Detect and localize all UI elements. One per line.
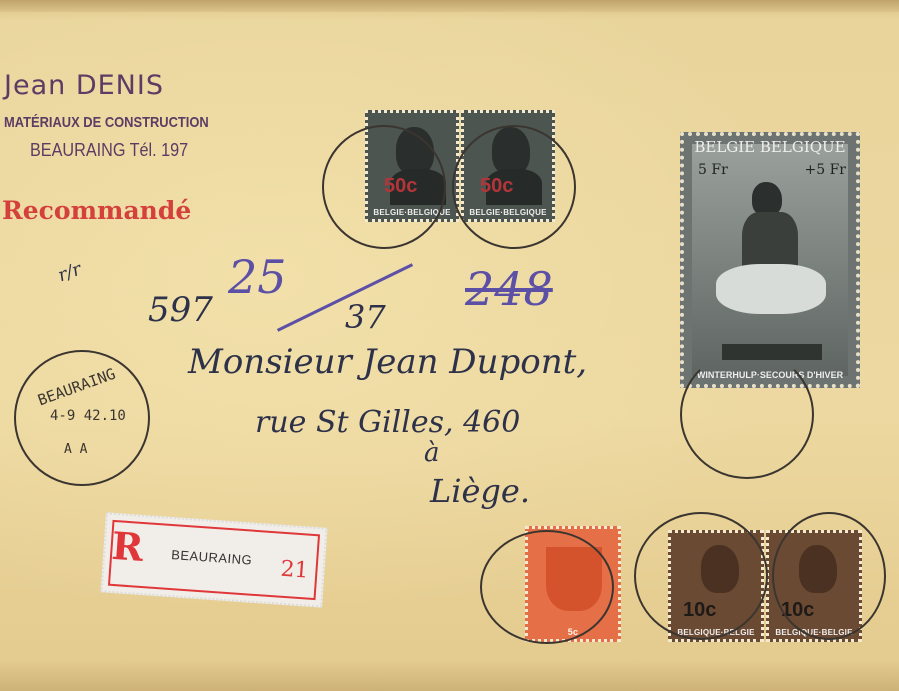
number-248-crossed: 248: [465, 262, 553, 316]
recommande-mark: Recommandé: [2, 196, 191, 225]
horse-icon: [716, 264, 826, 314]
number-25-violet: 25: [228, 250, 287, 304]
stamp-value-left: 5 Fr: [698, 162, 728, 178]
stamp-country: BELGIE BELGIQUE: [684, 138, 856, 156]
postmark-circle: [452, 125, 576, 249]
stamp-winterhulp: BELGIE BELGIQUE 5 Fr +5 Fr WINTERHULP·SE…: [680, 132, 860, 388]
postmark-circle: [480, 530, 614, 644]
address-line-2: rue St Gilles, 460: [255, 405, 520, 440]
postmark-circle: [634, 512, 768, 640]
postmark-circle: [322, 125, 446, 249]
number-597: 597: [148, 290, 213, 330]
number-37: 37: [345, 298, 386, 336]
postmark-circle: [772, 512, 886, 640]
postmark-circle: [680, 350, 814, 479]
envelope-bottom-edge: [0, 660, 899, 691]
sender-name: Jean DENIS: [4, 70, 164, 101]
envelope-top-fold: [0, 0, 899, 12]
rider-icon: [752, 182, 782, 216]
registration-letter: R: [110, 523, 145, 570]
registration-label: R BEAURAING 21: [100, 512, 327, 607]
address-line-1: Monsieur Jean Dupont,: [188, 342, 587, 382]
stamp-value-right: +5 Fr: [805, 162, 847, 178]
sender-business: MATÉRIAUX DE CONSTRUCTION: [4, 114, 209, 131]
postmark-code: A A: [64, 442, 87, 457]
address-line-4: Liège.: [430, 472, 530, 510]
postmark-date: 4-9 42.10: [50, 408, 126, 424]
address-line-3: à: [424, 438, 440, 468]
postmark-town: BEAURAING: [35, 365, 118, 410]
postmark-beauraing: BEAURAING 4-9 42.10 A A: [14, 350, 150, 486]
registration-number: 21: [280, 557, 310, 584]
sender-town-phone: BEAURAING Tél. 197: [30, 140, 188, 161]
stamp-image: [692, 144, 848, 376]
